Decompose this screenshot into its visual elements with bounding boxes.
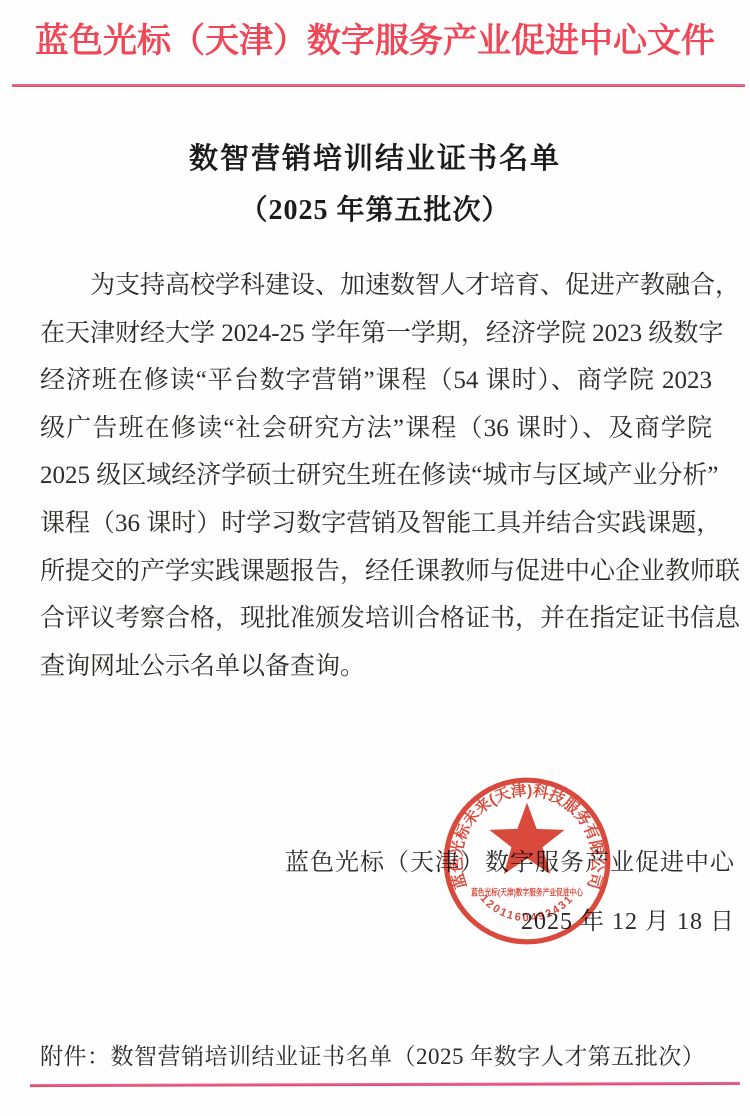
body-line: 级广告班在修读“社会研究方法”课程（36 课时）、及商学院 bbox=[40, 405, 712, 453]
body-line: 所提交的产学实践课题报告，经任课教师与促进中心企业教师联 bbox=[40, 548, 712, 596]
attachment-note: 附件：数智营销培训结业证书名单（2025 年数字人才第五批次） bbox=[40, 1038, 705, 1071]
body-line: 合评议考察合格，现批准颁发培训合格证书，并在指定证书信息 bbox=[40, 595, 712, 643]
body-paragraph: 为支持高校学科建设、加速数智人才培育、促进产教融合，在天津财经大学 2024-2… bbox=[40, 262, 712, 690]
body-line: 2025 级区域经济学硕士研究生班在修读“城市与区域产业分析” bbox=[40, 452, 712, 500]
body-line: 课程（36 课时）时学习数字营销及智能工具并结合实践课题， bbox=[40, 500, 712, 548]
seal-graphic: 蓝色光标未来(天津)科技服务有限公司 蓝色光标(天津)数字服务产业促进中心 12… bbox=[441, 775, 613, 947]
document-subtitle: （2025 年第五批次） bbox=[0, 188, 750, 228]
body-line: 经济班在修读“平台数字营销”课程（54 课时）、商学院 2023 bbox=[40, 357, 712, 405]
header-red-rule bbox=[12, 84, 745, 87]
body-line: 为支持高校学科建设、加速数智人才培育、促进产教融合， bbox=[40, 262, 712, 310]
document-title: 数智营销培训结业证书名单 bbox=[0, 136, 750, 177]
body-line: 在天津财经大学 2024-25 学年第一学期，经济学院 2023 级数字 bbox=[40, 310, 712, 358]
official-seal-stamp: 蓝色光标未来(天津)科技服务有限公司 蓝色光标(天津)数字服务产业促进中心 12… bbox=[441, 775, 613, 947]
seal-star-icon bbox=[489, 803, 564, 875]
footer-red-rule bbox=[30, 1082, 740, 1087]
official-document-page: 蓝色光标（天津）数字服务产业促进中心文件 数智营销培训结业证书名单 （2025 … bbox=[0, 0, 750, 1116]
letterhead-title: 蓝色光标（天津）数字服务产业促进中心文件 bbox=[0, 13, 750, 62]
body-line: 查询网址公示名单以备查询。 bbox=[40, 643, 712, 691]
